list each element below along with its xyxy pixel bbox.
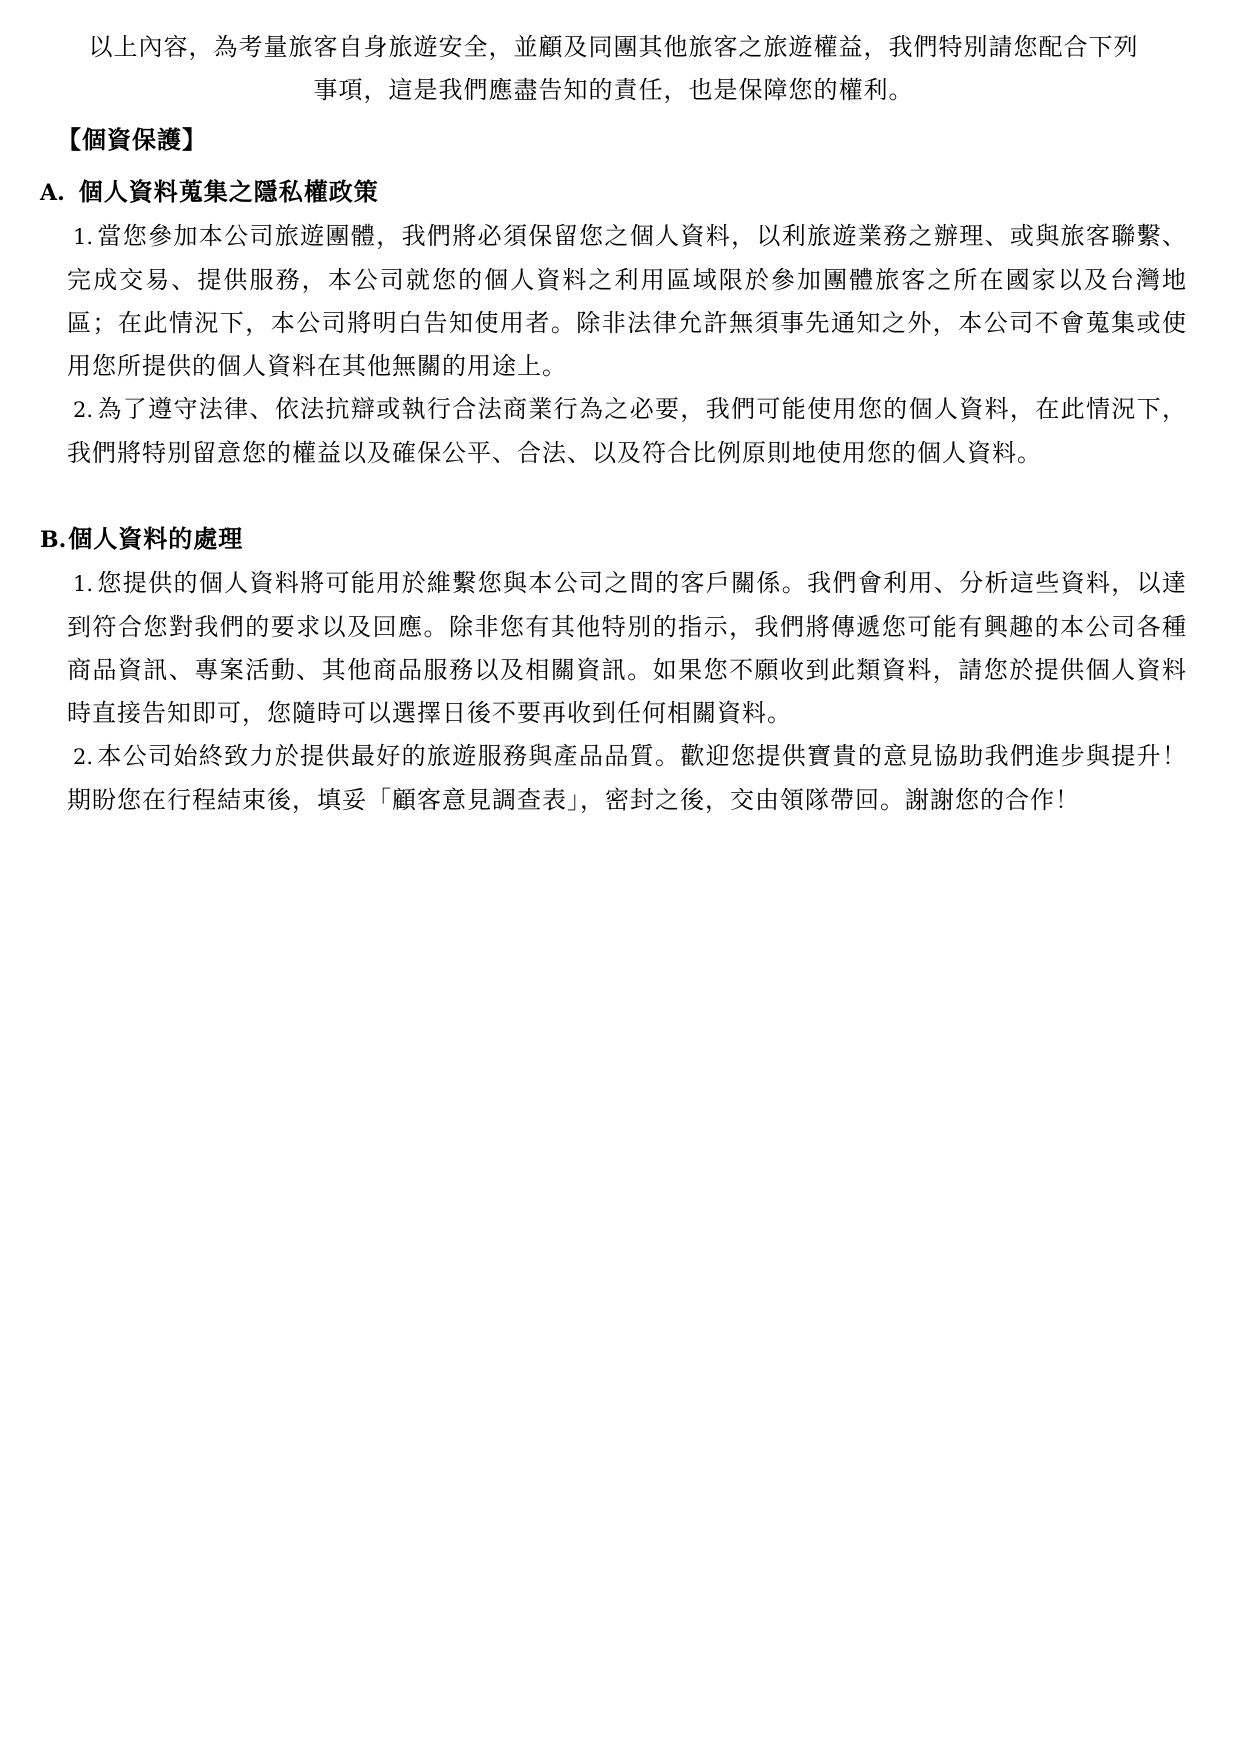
section-a-item-2-number: 2. (73, 398, 93, 422)
section-b-item-2-number: 2. (73, 745, 93, 769)
section-b-title: 個人資料的處理 (68, 525, 243, 553)
section-a-item-1-number: 1. (73, 225, 93, 249)
section-a-item-1: 1.當您參加本公司旅遊團體，我們將必須保留您之個人資料，以利旅遊業務之辦理、或與… (67, 215, 1187, 388)
section-a-item-2-text: 為了遵守法律、依法抗辯或執行合法商業行為之必要，我們可能使用您的個人資料，在此情… (67, 395, 1187, 467)
section-b-heading: B.個人資料的處理 (40, 517, 1187, 562)
section-b-item-1-text: 您提供的個人資料將可能用於維繫您與本公司之間的客戶關係。我們會利用、分析這些資料… (67, 569, 1187, 727)
section-b-label: B. (40, 527, 66, 553)
section-a-heading: A.個人資料蒐集之隱私權政策 (40, 170, 1187, 215)
section-b-item-2: 2.本公司始終致力於提供最好的旅遊服務與產品品質。歡迎您提供寶貴的意見協助我們進… (67, 735, 1187, 822)
section-a-title: 個人資料蒐集之隱私權政策 (79, 178, 379, 206)
document-page: 以上內容，為考量旅客自身旅遊安全，並顧及同團其他旅客之旅遊權益，我們特別請您配合… (0, 0, 1241, 1755)
section-a-label: A. (40, 180, 65, 206)
section-a-item-2: 2.為了遵守法律、依法抗辯或執行合法商業行為之必要，我們可能使用您的個人資料，在… (67, 388, 1187, 475)
privacy-section-heading: 【個資保護】 (57, 120, 1187, 160)
intro-paragraph: 以上內容，為考量旅客自身旅遊安全，並顧及同團其他旅客之旅遊權益，我們特別請您配合… (83, 26, 1145, 112)
section-b-item-1-number: 1. (73, 572, 93, 596)
section-a-item-1-text: 當您參加本公司旅遊團體，我們將必須保留您之個人資料，以利旅遊業務之辦理、或與旅客… (67, 222, 1187, 380)
section-b-item-1: 1.您提供的個人資料將可能用於維繫您與本公司之間的客戶關係。我們會利用、分析這些… (67, 562, 1187, 735)
section-b-item-2-text: 本公司始終致力於提供最好的旅遊服務與產品品質。歡迎您提供寶貴的意見協助我們進步與… (67, 742, 1187, 814)
